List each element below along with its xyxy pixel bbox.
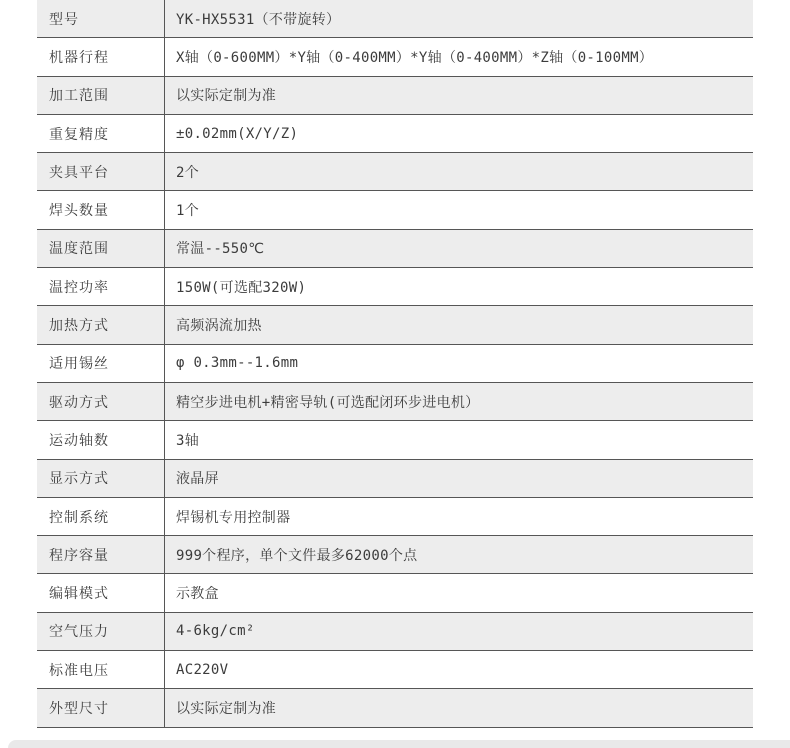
- spec-value: YK-HX5531（不带旋转）: [165, 0, 753, 37]
- spec-label: 机器行程: [37, 38, 165, 75]
- table-row: 外型尺寸 以实际定制为准: [37, 689, 753, 727]
- spec-value: 示教盒: [165, 574, 753, 611]
- spec-value: 焊锡机专用控制器: [165, 498, 753, 535]
- spec-value: 3轴: [165, 421, 753, 458]
- spec-value: φ 0.3mm--1.6mm: [165, 345, 753, 382]
- spec-label: 夹具平台: [37, 153, 165, 190]
- table-row: 焊头数量 1个: [37, 191, 753, 229]
- table-row: 加工范围 以实际定制为准: [37, 77, 753, 115]
- spec-label: 型号: [37, 0, 165, 37]
- next-section-edge: [8, 740, 790, 748]
- table-row: 加热方式 高频涡流加热: [37, 306, 753, 344]
- spec-label: 适用锡丝: [37, 345, 165, 382]
- spec-label: 空气压力: [37, 613, 165, 650]
- table-row: 型号 YK-HX5531（不带旋转）: [37, 0, 753, 38]
- spec-label: 编辑模式: [37, 574, 165, 611]
- table-row: 温控功率 150W(可选配320W): [37, 268, 753, 306]
- spec-value: ±0.02mm(X/Y/Z): [165, 115, 753, 152]
- spec-label: 控制系统: [37, 498, 165, 535]
- table-row: 标准电压 AC220V: [37, 651, 753, 689]
- spec-label: 温度范围: [37, 230, 165, 267]
- spec-value: 以实际定制为准: [165, 689, 753, 726]
- spec-label: 外型尺寸: [37, 689, 165, 726]
- spec-label: 驱动方式: [37, 383, 165, 420]
- spec-label: 加工范围: [37, 77, 165, 114]
- table-row: 空气压力 4-6kg/cm²: [37, 613, 753, 651]
- spec-value: 常温--550℃: [165, 230, 753, 267]
- spec-label: 运动轴数: [37, 421, 165, 458]
- spec-value: 以实际定制为准: [165, 77, 753, 114]
- spec-value: 999个程序，单个文件最多62000个点: [165, 536, 753, 573]
- spec-table: 型号 YK-HX5531（不带旋转） 机器行程 X轴（0-600MM）*Y轴（0…: [37, 0, 753, 728]
- spec-value: AC220V: [165, 651, 753, 688]
- spec-value: 4-6kg/cm²: [165, 613, 753, 650]
- table-row: 驱动方式 精空步进电机+精密导轨(可选配闭环步进电机）: [37, 383, 753, 421]
- table-row: 运动轴数 3轴: [37, 421, 753, 459]
- table-row: 程序容量 999个程序，单个文件最多62000个点: [37, 536, 753, 574]
- table-row: 温度范围 常温--550℃: [37, 230, 753, 268]
- spec-value: 液晶屏: [165, 460, 753, 497]
- spec-label: 温控功率: [37, 268, 165, 305]
- table-row: 适用锡丝 φ 0.3mm--1.6mm: [37, 345, 753, 383]
- spec-label: 加热方式: [37, 306, 165, 343]
- table-row: 控制系统 焊锡机专用控制器: [37, 498, 753, 536]
- table-row: 重复精度 ±0.02mm(X/Y/Z): [37, 115, 753, 153]
- spec-value: X轴（0-600MM）*Y轴（0-400MM）*Y轴（0-400MM）*Z轴（0…: [165, 38, 753, 75]
- spec-label: 焊头数量: [37, 191, 165, 228]
- spec-label: 重复精度: [37, 115, 165, 152]
- table-row: 夹具平台 2个: [37, 153, 753, 191]
- spec-label: 程序容量: [37, 536, 165, 573]
- product-spec-page: 型号 YK-HX5531（不带旋转） 机器行程 X轴（0-600MM）*Y轴（0…: [0, 0, 790, 748]
- spec-value: 1个: [165, 191, 753, 228]
- spec-label: 显示方式: [37, 460, 165, 497]
- spec-label: 标准电压: [37, 651, 165, 688]
- table-row: 显示方式 液晶屏: [37, 460, 753, 498]
- table-row: 机器行程 X轴（0-600MM）*Y轴（0-400MM）*Y轴（0-400MM）…: [37, 38, 753, 76]
- spec-value: 150W(可选配320W): [165, 268, 753, 305]
- spec-value: 2个: [165, 153, 753, 190]
- spec-value: 精空步进电机+精密导轨(可选配闭环步进电机）: [165, 383, 753, 420]
- spec-value: 高频涡流加热: [165, 306, 753, 343]
- table-row: 编辑模式 示教盒: [37, 574, 753, 612]
